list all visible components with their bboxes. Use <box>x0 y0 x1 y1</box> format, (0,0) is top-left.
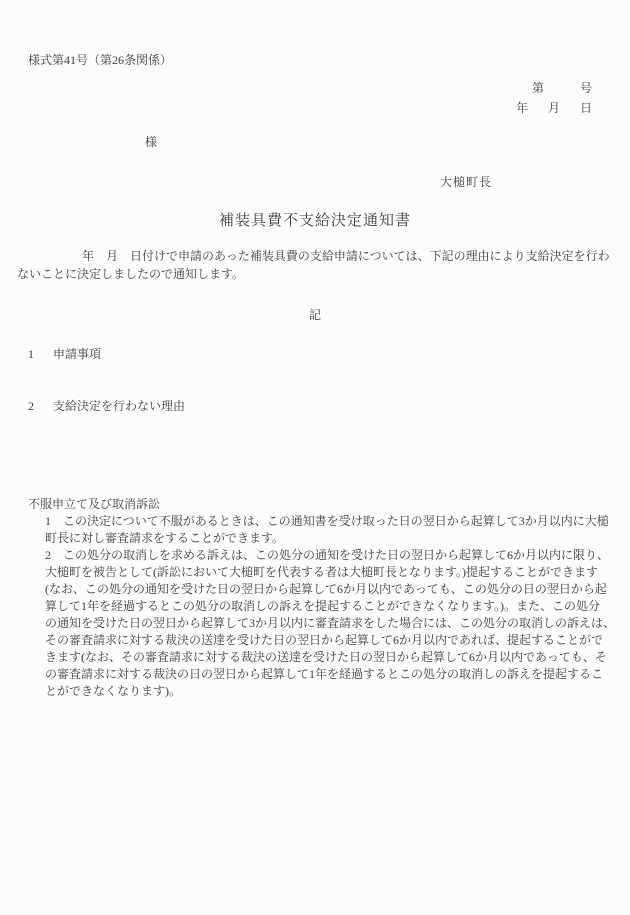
addressee-honorific: 様 <box>145 134 157 151</box>
sender-name: 大槌町長 <box>440 174 492 191</box>
appeal-heading: 不服申立て及び取消訴訟 <box>28 496 620 513</box>
document-number-line: 第 号 <box>532 80 596 97</box>
text-line: の審査請求に対する裁決の日の翌日から起算して1年を経過するとこの処分の取消しの訴… <box>45 666 620 683</box>
issue-date-line: 年 月 日 <box>516 100 596 117</box>
text-line: 年 月 日付けで申請のあった補装具費の支給申請については、下記の理由により支給決… <box>17 247 614 265</box>
document-title: 補装具費不支給決定通知書 <box>0 211 630 231</box>
section-number: 2 <box>28 398 53 415</box>
record-marker: 記 <box>0 307 630 324</box>
text-line: とができなくなります)。 <box>45 683 620 700</box>
appeal-item-revocation-suit: 2 この処分の取消しを求める訴えは、この処分の通知を受けた日の翌日から起算して6… <box>45 547 620 700</box>
text-line: 2 この処分の取消しを求める訴えは、この処分の通知を受けた日の翌日から起算して6… <box>45 547 620 564</box>
appeal-items: 1 この決定について不服があるときは、この通知書を受け取った日の翌日から起算して… <box>45 513 620 700</box>
text-line: ないことに決定しましたので通知します。 <box>17 265 614 283</box>
document-page: 様式第41号（第26条関係） 第 号 年 月 日 様 大槌町長 補装具費不支給決… <box>0 0 630 915</box>
text-line: の通知を受けた日の翌日から起算して3か月以内に審査請求をした場合には、この処分の… <box>45 615 620 632</box>
appeal-item-review-request: 1 この決定について不服があるときは、この通知書を受け取った日の翌日から起算して… <box>45 513 620 547</box>
section-number: 1 <box>28 346 53 363</box>
text-line: きます(なお、その審査請求に対する裁決の送達を受けた日の翌日から起算して6か月以… <box>45 649 620 666</box>
notification-body: 年 月 日付けで申請のあった補装具費の支給申請については、下記の理由により支給決… <box>17 247 614 283</box>
text-line: 算して1年を経過するとこの処分の取消しの訴えを提起することができなくなります。)… <box>45 598 620 615</box>
text-line: (なお、この処分の通知を受けた日の翌日から起算して6か月以内であっても、この処分… <box>45 581 620 598</box>
form-number-label: 様式第41号（第26条関係） <box>28 52 172 69</box>
text-line: 大槌町を被告として(訴訟において大槌町を代表する者は大槌町長となります。)提起す… <box>45 564 620 581</box>
section-label: 支給決定を行わない理由 <box>53 399 185 413</box>
text-line: 町長に対し審査請求をすることができます。 <box>45 530 620 547</box>
section-denial-reason: 2支給決定を行わない理由 <box>28 398 185 415</box>
text-line: 1 この決定について不服があるときは、この通知書を受け取った日の翌日から起算して… <box>45 513 620 530</box>
appeal-section: 不服申立て及び取消訴訟 1 この決定について不服があるときは、この通知書を受け取… <box>28 496 620 700</box>
text-line: その審査請求に対する裁決の送達を受けた日の翌日から起算して6か月以内であれば、提… <box>45 632 620 649</box>
section-label: 申請事項 <box>53 347 101 361</box>
section-application-details: 1申請事項 <box>28 346 101 363</box>
